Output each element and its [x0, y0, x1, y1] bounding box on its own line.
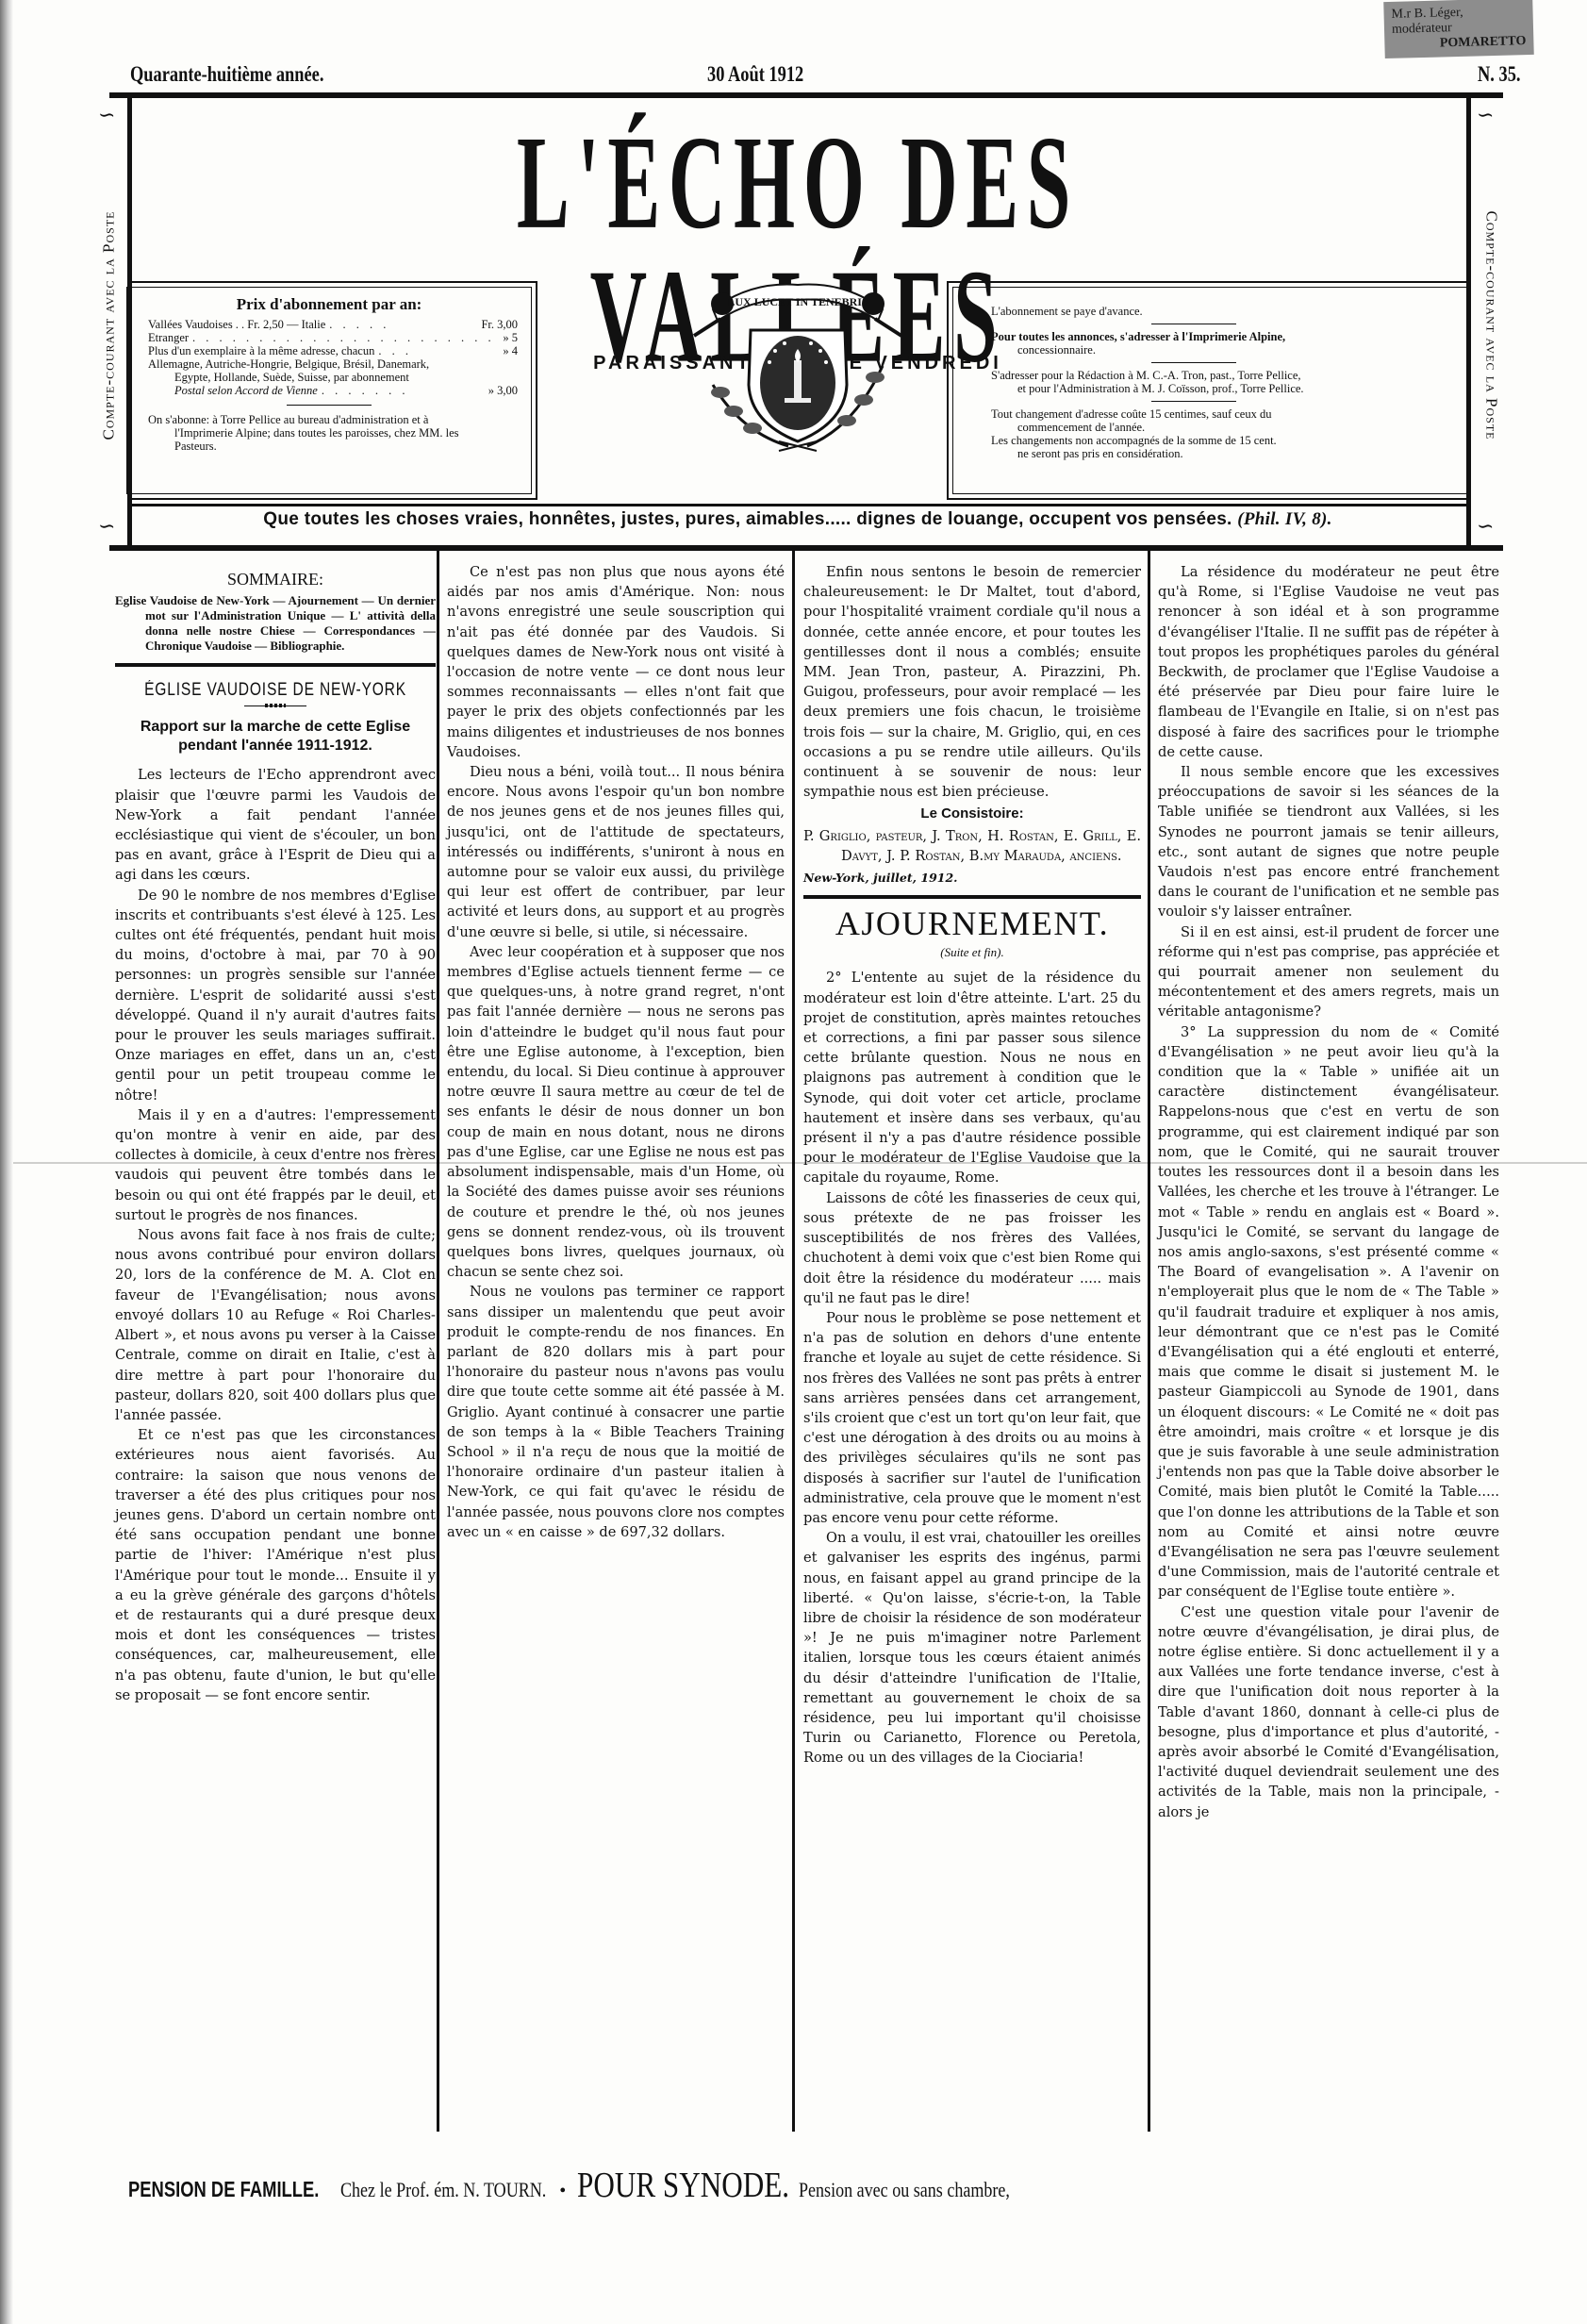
notices-text: L'abonnement se paye d'avance. Pour tout…: [953, 288, 1468, 460]
ad-synode: POUR SYNODE.: [577, 2165, 789, 2206]
paragraph: Nous ne voulons pas terminer ce rapport …: [447, 1282, 785, 1542]
column-divider: [792, 551, 795, 2132]
paragraph: Et ce n'est pas que les circonstances ex…: [115, 1425, 436, 1705]
notice-line: Tout changement d'adresse coûte 15 centi…: [991, 407, 1271, 421]
paragraph: Si il en est ainsi, est-il prudent de fo…: [1158, 922, 1499, 1022]
flourish-icon: ∽: [1477, 106, 1494, 126]
paragraph: Laissons de côté les finasseries de ceux…: [803, 1188, 1141, 1308]
flourish-icon: ∽: [98, 517, 115, 538]
flourish-icon: ∽: [98, 106, 115, 126]
price-value: » 4: [503, 344, 518, 357]
motto-rule: [128, 504, 1467, 506]
paragraph: De 90 le nombre de nos membres d'Eglise …: [115, 886, 436, 1105]
paragraph: Mais il y en a d'autres: l'empressement …: [115, 1105, 436, 1225]
motto-text: Que toutes les choses vraies, honnêtes, …: [263, 509, 1232, 529]
notice-advance: L'abonnement se paye d'avance.: [991, 305, 1449, 318]
article-heading: ÉGLISE VAUDOISE DE NEW-YORK: [144, 680, 407, 700]
price-label: Postal selon Accord de Vienne: [174, 384, 318, 397]
top-rule: [109, 92, 1503, 98]
paragraph: Il nous semble encore que les excessives…: [1158, 762, 1499, 922]
signature-heading: Le Consistoire:: [803, 804, 1141, 823]
column-divider: [1148, 551, 1150, 2132]
notices-box-inner: L'abonnement se paye d'avance. Pour tout…: [952, 287, 1469, 494]
notice-line: concessionnaire.: [991, 343, 1449, 357]
dateline: Quarante-huitième année. 30 Août 1912 N.…: [130, 62, 1503, 91]
price-label: Vallées Vaudoises . . Fr. 2,50 — Italie: [148, 318, 325, 331]
column-2: Ce n'est pas non plus que nous ayons été…: [447, 562, 785, 1542]
volume-year: Quarante-huitième année.: [130, 62, 323, 87]
sommaire-heading: SOMMAIRE:: [115, 570, 436, 589]
price-label: Egypte, Hollande, Suède, Suisse, par abo…: [174, 371, 409, 384]
price-row: Egypte, Hollande, Suède, Suisse, par abo…: [148, 371, 518, 384]
issue-number: N. 35.: [1478, 62, 1521, 87]
candle-shield-emblem-icon: LUX LUCET IN TENEBRIS: [685, 272, 911, 470]
paragraph: Dieu nous a béni, voilà tout... Il nous …: [447, 762, 785, 942]
paragraph: Les lecteurs de l'Echo apprendront avec …: [115, 765, 436, 885]
subscription-where: On s'abonne: à Torre Pellice au bureau d…: [127, 413, 531, 453]
paragraph: C'est une question vitale pour l'avenir …: [1158, 1602, 1499, 1822]
notice-line: Pour toutes les annonces, s'adresser à l…: [991, 330, 1285, 343]
article-heading: AJOURNEMENT.: [803, 905, 1141, 942]
ornament-rule: [244, 705, 306, 706]
notice-redaction: S'adresser pour la Rédaction à M. C.-A. …: [991, 369, 1449, 395]
ad-separator: •: [559, 2181, 566, 2202]
divider: [287, 405, 372, 406]
where-line: On s'abonne: à Torre Pellice au bureau d…: [148, 413, 428, 426]
masthead-bottom-rule: [109, 545, 1503, 551]
paragraph: Pour nous le problème se pose nettement …: [803, 1308, 1141, 1528]
subscription-box-inner: Prix d'abonnement par an: Vallées Vaudoi…: [126, 287, 532, 494]
ad-room: Pension avec ou sans chambre,: [799, 2178, 1010, 2202]
notice-ads: Pour toutes les annonces, s'adresser à l…: [991, 330, 1449, 357]
price-row: Vallées Vaudoises . . Fr. 2,50 — Italie.…: [148, 318, 518, 331]
column-3: Enfin nous sentons le besoin de remercie…: [803, 562, 1141, 1768]
where-line: l'Imprimerie Alpine; dans toutes les par…: [148, 426, 518, 440]
address-label: M.r B. Léger, modérateur POMARETTO: [1383, 0, 1534, 58]
title-wrap: L'ÉCHO DES VALLÉES: [128, 123, 1467, 245]
paragraph: La résidence du modérateur ne peut être …: [1158, 562, 1499, 762]
ad-pension-title: PENSION DE FAMILLE.: [128, 2177, 319, 2202]
side-margin-left: Compte-courant avec la Poste: [92, 104, 124, 547]
price-row: Allemagne, Autriche-Hongrie, Belgique, B…: [148, 357, 518, 371]
paragraph: Ce n'est pas non plus que nous ayons été…: [447, 562, 785, 762]
notice-line: Les changements non accompagnés de la so…: [991, 434, 1277, 447]
side-margin-right: Compte-courant avec la Poste: [1475, 104, 1507, 547]
motto-line: Que toutes les choses vraies, honnêtes, …: [128, 509, 1467, 530]
notice-line: commencement de l'année.: [991, 421, 1449, 434]
side-margin-left-text: Compte-courant avec la Poste: [99, 211, 118, 440]
page-edge-shadow: [0, 0, 13, 2324]
sommaire-text: Eglise Vaudoise de New-York — Ajournemen…: [115, 593, 436, 654]
where-line: Pasteurs.: [148, 440, 518, 453]
motto-reference: (Phil. IV, 8).: [1237, 509, 1331, 529]
notice-line: S'adresser pour la Rédaction à M. C.-A. …: [991, 369, 1301, 382]
ad-host: Chez le Prof. ém. N. TOURN.: [340, 2178, 546, 2202]
price-row: Etranger. . . . . . . . . . . . . . . . …: [148, 331, 518, 344]
paragraph: Nous avons fait face à nos frais de cult…: [115, 1225, 436, 1425]
issue-date: 30 Août 1912: [707, 62, 803, 87]
address-label-name: M.r B. Léger, modérateur: [1391, 4, 1526, 38]
signature-names: P. Griglio, pasteur, J. Tron, H. Rostan,…: [803, 826, 1141, 866]
masthead: L'ÉCHO DES VALLÉES PARAISSANT CHAQUE VEN…: [128, 102, 1467, 545]
price-label: Etranger: [148, 331, 189, 344]
footer-advertisement: PENSION DE FAMILLE. Chez le Prof. ém. N.…: [128, 2165, 1524, 2206]
paragraph: Avec leur coopération et à supposer que …: [447, 942, 785, 1282]
place-date: New-York, juillet, 1912.: [803, 868, 1141, 888]
divider: [1151, 401, 1236, 402]
notice-line: et pour l'Administration à M. J. Coïsson…: [991, 382, 1449, 395]
article-subheading: Rapport sur la marche de cette Eglise pe…: [115, 718, 436, 755]
subscription-box: Prix d'abonnement par an: Vallées Vaudoi…: [128, 281, 537, 500]
price-label: Allemagne, Autriche-Hongrie, Belgique, B…: [148, 357, 429, 371]
divider: [1151, 324, 1236, 324]
price-row: Postal selon Accord de Vienne. . . . . .…: [148, 384, 518, 397]
price-value: » 5: [503, 331, 518, 344]
price-value: » 3,00: [488, 384, 518, 397]
subscription-title: Prix d'abonnement par an:: [127, 295, 531, 314]
column-divider: [437, 551, 439, 2132]
emblem: LUX LUCET IN TENEBRIS: [685, 272, 911, 470]
notice-line: ne seront pas pris en considération.: [991, 447, 1449, 460]
notices-box: L'abonnement se paye d'avance. Pour tout…: [947, 281, 1467, 500]
section-rule: [115, 663, 436, 667]
divider: [1151, 362, 1236, 363]
paragraph: Enfin nous sentons le besoin de remercie…: [803, 562, 1141, 802]
price-value: Fr. 3,00: [481, 318, 518, 331]
paragraph: 2° L'entente au sujet de la résidence du…: [803, 968, 1141, 1187]
price-row: Plus d'un exemplaire à la même adresse, …: [148, 344, 518, 357]
notice-change: Tout changement d'adresse coûte 15 centi…: [991, 407, 1449, 460]
section-rule: [803, 895, 1141, 899]
svg-text:LUX LUCET IN TENEBRIS: LUX LUCET IN TENEBRIS: [727, 295, 868, 308]
price-table: Vallées Vaudoises . . Fr. 2,50 — Italie.…: [127, 318, 531, 397]
column-1: SOMMAIRE: Eglise Vaudoise de New-York — …: [115, 562, 436, 1705]
column-4: La résidence du modérateur ne peut être …: [1158, 562, 1499, 1822]
paragraph: On a voulu, il est vrai, chatouiller les…: [803, 1528, 1141, 1768]
side-margin-right-text: Compte-courant avec la Poste: [1481, 211, 1500, 440]
article-subheading: (Suite et fin).: [803, 942, 1141, 962]
price-label: Plus d'un exemplaire à la même adresse, …: [148, 344, 374, 357]
flourish-icon: ∽: [1477, 517, 1494, 538]
paragraph: 3° La suppression du nom de « Comité d'E…: [1158, 1022, 1499, 1602]
